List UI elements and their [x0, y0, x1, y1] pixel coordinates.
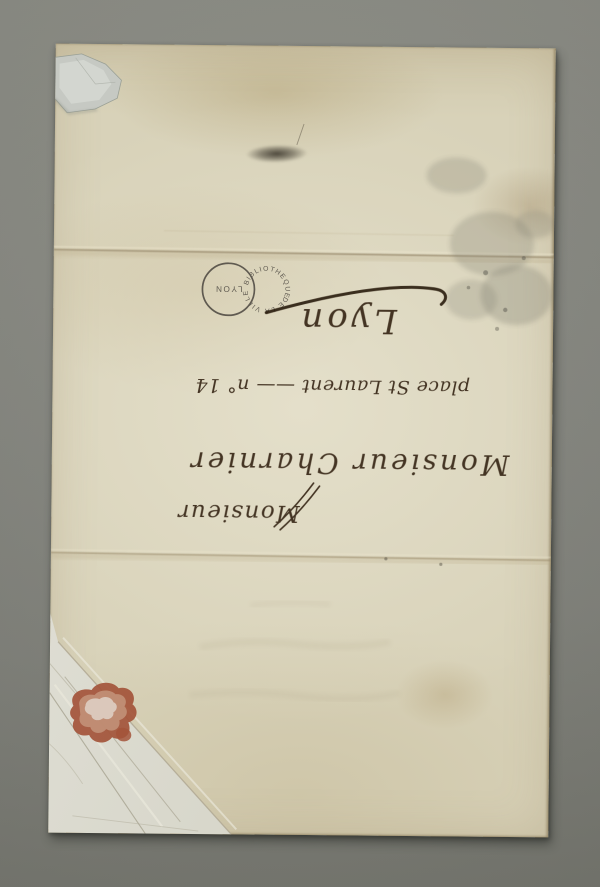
faint-crease — [164, 231, 454, 236]
torn-patch — [52, 54, 122, 115]
paper-detail-overlay: BIBLIOTHEQUE DE LA VILLE LYON Lyon place… — [48, 44, 556, 838]
grime-smudges — [384, 157, 556, 567]
address-line-street: place St Laurent —— n° 14 — [195, 374, 470, 399]
address-line-name: Monsieur Charnier — [188, 445, 511, 481]
photograph-of-letter-back: BIBLIOTHEQUE DE LA VILLE LYON Lyon place… — [0, 0, 600, 887]
wax-seal — [70, 682, 137, 742]
stamp-arc-bottom-text: DE LA VILLE — [242, 289, 289, 314]
address-line-honorific: Monsieur — [176, 499, 301, 526]
folded-letter-paper: BIBLIOTHEQUE DE LA VILLE LYON Lyon place… — [48, 44, 556, 838]
library-stamp: BIBLIOTHEQUE DE LA VILLE LYON — [202, 263, 291, 316]
flap-creases — [48, 638, 238, 835]
fold-crease-lower — [51, 550, 551, 564]
svg-text:DE LA VILLE: DE LA VILLE — [242, 289, 289, 314]
stamp-arc-top-text: BIBLIOTHEQUE — [243, 265, 291, 299]
svg-text:BIBLIOTHEQUE: BIBLIOTHEQUE — [243, 265, 291, 299]
bleedthrough-ghosts — [190, 601, 401, 699]
scratch-mark — [297, 124, 304, 145]
handwritten-address: Lyon place St Laurent —— n° 14 Monsieur … — [176, 285, 512, 532]
address-line-lyon: Lyon — [297, 300, 398, 341]
stamp-center-text: LYON — [214, 284, 242, 293]
